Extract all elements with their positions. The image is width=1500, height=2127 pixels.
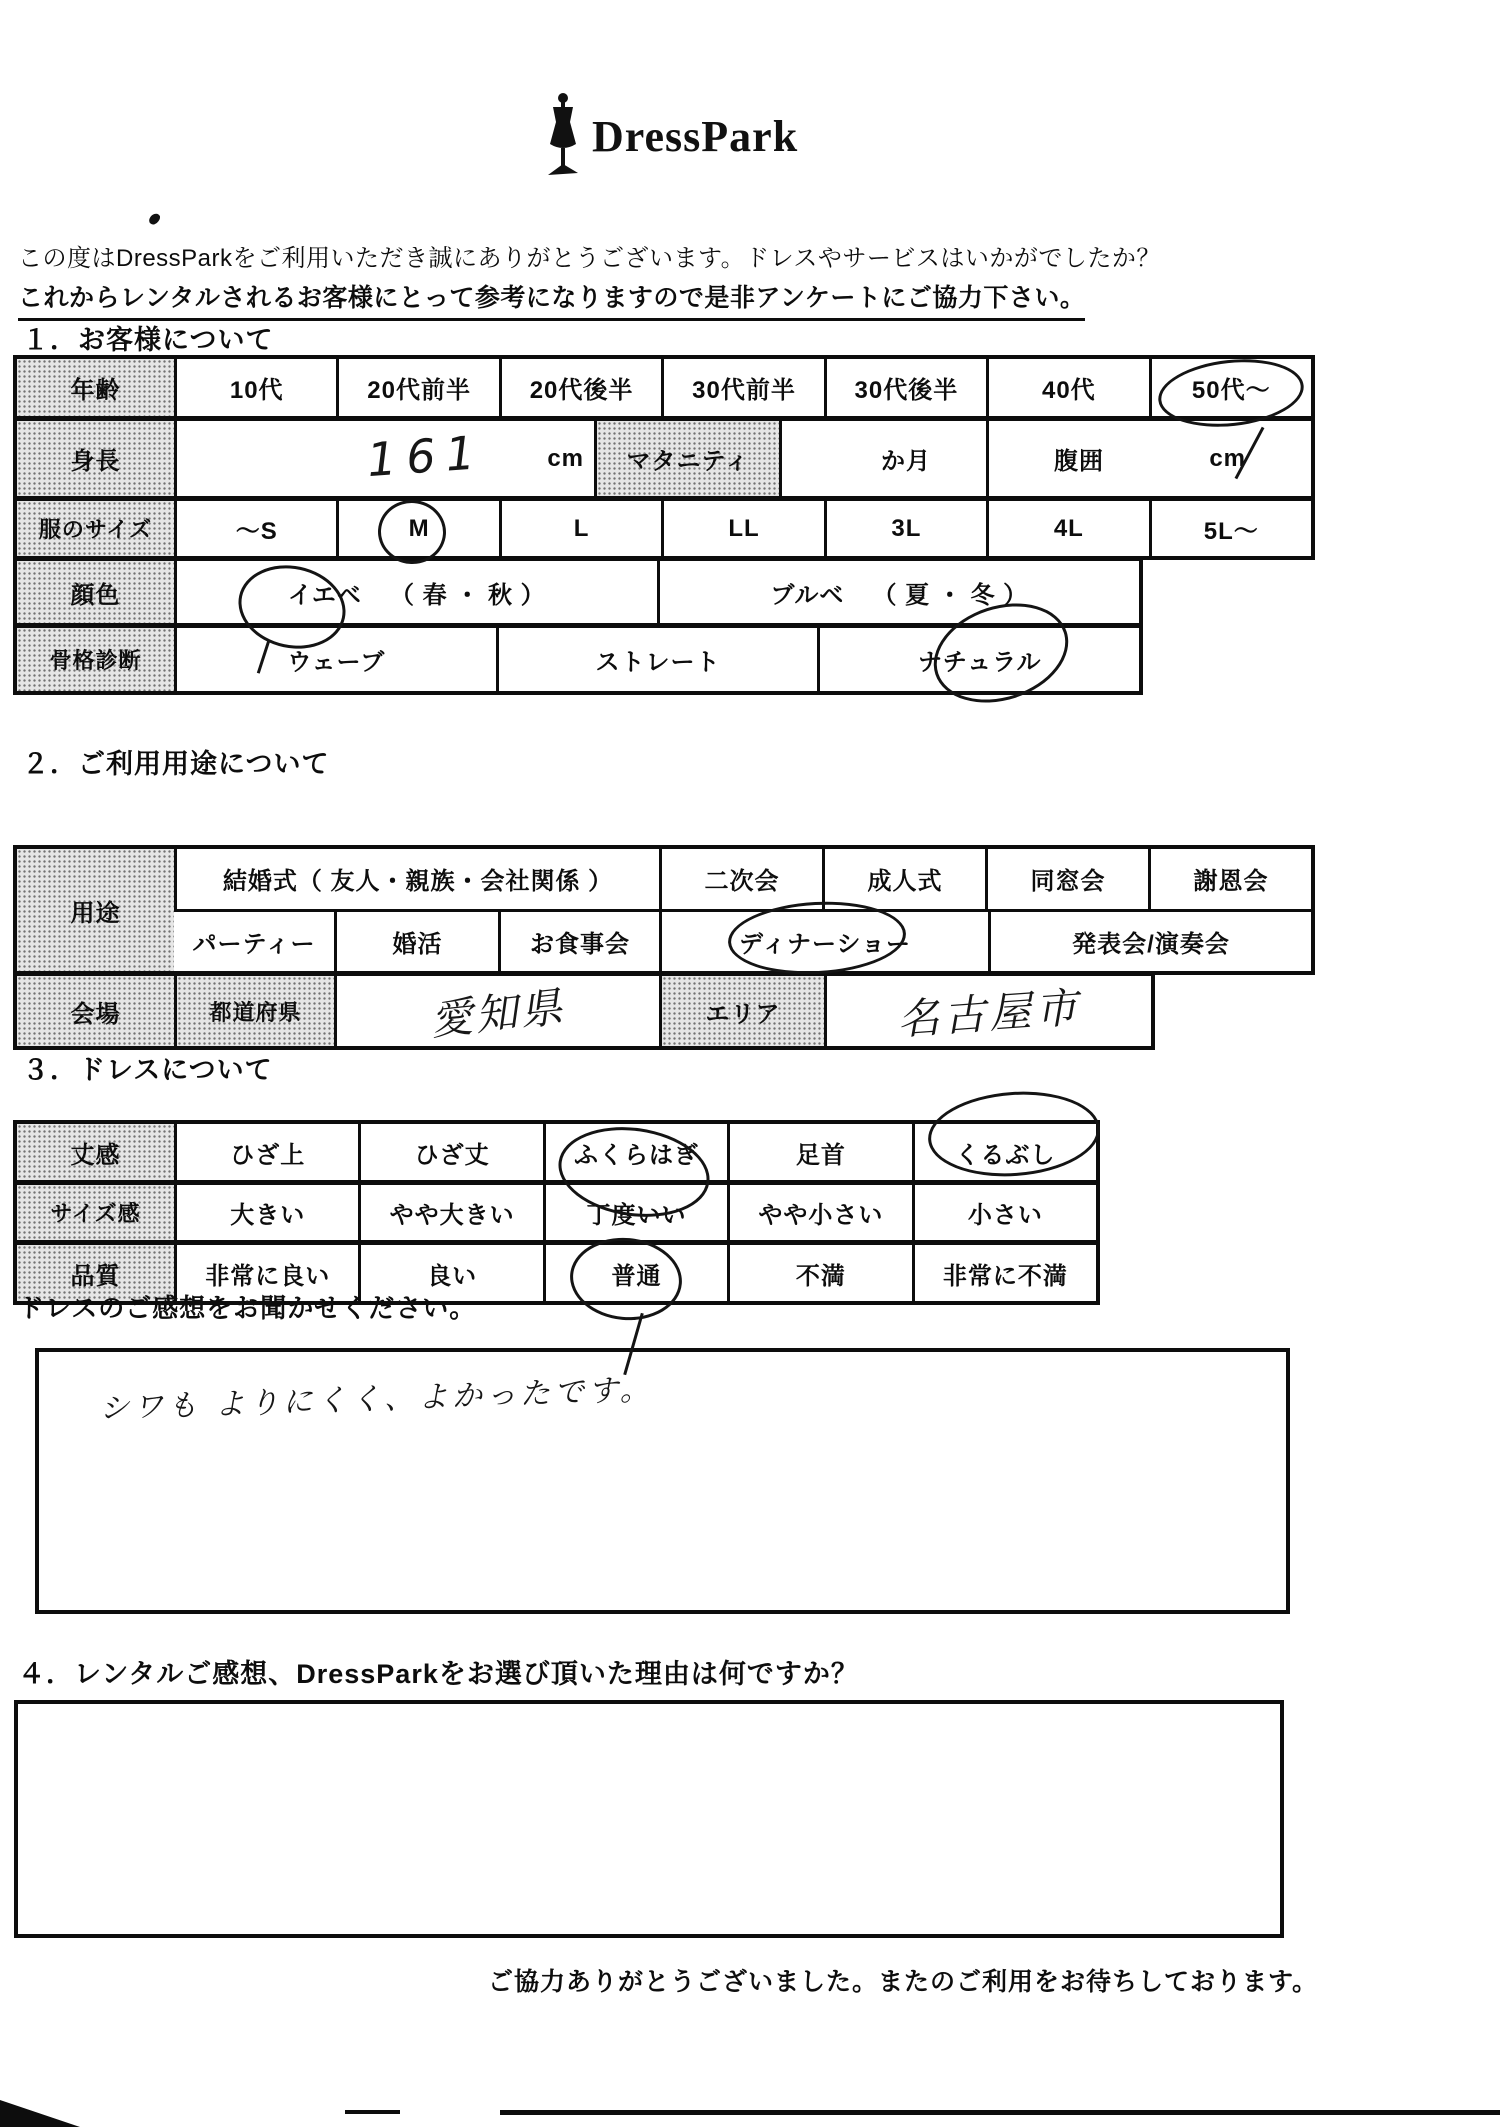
purpose-reunion: 同窓会 [985, 849, 1148, 909]
intro-line1: この度はDressParkをご利用いただき誠にありがとうございます。ドレスやサー… [18, 238, 1161, 273]
height-label: 身長 [17, 421, 174, 496]
age-option-30-late: 30代後半 [824, 359, 986, 416]
fit-row: サイズ感 大きい やや大きい 丁度いい やや小さい 小さい [13, 1181, 1100, 1244]
purpose-konkatsu: 婚活 [334, 912, 498, 972]
dress-comment-prompt: ドレスのご感想をお聞かせください。 [18, 1288, 476, 1325]
fit-label: サイズ感 [17, 1185, 174, 1240]
quality-very-unsatisfied: 非常に不満 [912, 1245, 1096, 1301]
frame-label: 骨格診断 [17, 628, 174, 691]
age-option-20-late: 20代後半 [499, 359, 661, 416]
purpose-thanks-party: 謝恩会 [1148, 849, 1311, 909]
height-value-cell: 161 cm [174, 421, 594, 496]
venue-pref-value-cell: 愛知県 [334, 976, 659, 1046]
purpose-label: 用途 [17, 849, 174, 971]
purpose-dinner-show: ディナーショー [659, 912, 988, 972]
tone-option-yellow: イエベ [288, 575, 362, 610]
length-calf: ふくらはぎ [543, 1124, 727, 1180]
length-ankle: くるぶし [912, 1124, 1096, 1180]
fit-slightly-small: やや小さい [727, 1185, 911, 1240]
age-option-30-early: 30代前半 [661, 359, 823, 416]
tone-option-yellow-cell: イエベ （ 春 ・ 秋 ） [174, 561, 657, 623]
survey-scan-page: DressPark この度はDressParkをご利用いただき誠にありがとうござ… [0, 0, 1500, 2127]
scan-artifact-line [500, 2110, 1500, 2115]
age-label: 年齢 [17, 359, 174, 416]
waist-cell: 腹囲 cm [986, 421, 1311, 496]
fit-large: 大きい [174, 1185, 358, 1240]
purpose-party: パーティー [174, 912, 334, 972]
length-label: 丈感 [17, 1124, 174, 1180]
age-option-40s: 40代 [986, 359, 1148, 416]
size-option-s: ～S [174, 501, 336, 556]
venue-row: 会場 都道府県 愛知県 エリア 名古屋市 [13, 972, 1155, 1050]
size-option-ll: LL [661, 501, 823, 556]
brand-logo: DressPark [540, 92, 798, 176]
fit-small: 小さい [912, 1185, 1096, 1240]
frame-option-straight: ストレート [496, 628, 818, 691]
purpose-options: 結婚式（ 友人・親族・会社関係 ） 二次会 成人式 同窓会 謝恩会 パーティー … [174, 849, 1311, 971]
venue-area-handwritten: 名古屋市 [895, 975, 1083, 1048]
frame-row: 骨格診断 ウェーブ ストレート ナチュラル [13, 624, 1143, 695]
tone-option-blue: ブルベ [770, 575, 844, 610]
length-knee: ひざ丈 [358, 1124, 542, 1180]
venue-pref-label: 都道府県 [174, 976, 334, 1046]
length-ankle-joint: 足首 [727, 1124, 911, 1180]
size-option-3l: 3L [824, 501, 986, 556]
purpose-wedding: 結婚式（ 友人・親族・会社関係 ） [174, 849, 659, 909]
purpose-recital: 発表会/演奏会 [988, 912, 1311, 972]
purpose-table: 用途 結婚式（ 友人・親族・会社関係 ） 二次会 成人式 同窓会 謝恩会 パーテ… [13, 845, 1315, 975]
venue-area-value-cell: 名古屋市 [824, 976, 1151, 1046]
tone-option-blue-note: （ 夏 ・ 冬 ） [872, 575, 1028, 610]
scan-artifact-dash [345, 2110, 400, 2114]
section4-heading: ４．レンタルご感想、DressParkをお選び頂いた理由は何ですか？ [18, 1652, 859, 1691]
section2-heading: ２．ご利用用途について [22, 742, 329, 781]
purpose-afterparty: 二次会 [659, 849, 822, 909]
height-unit: cm [547, 445, 584, 473]
size-option-l: L [499, 501, 661, 556]
reason-comment-box [14, 1700, 1284, 1938]
dress-form-icon [540, 92, 586, 176]
height-handwritten-value: 161 [365, 425, 486, 487]
quality-normal: 普通 [543, 1245, 727, 1301]
footer-thanks: ご協力ありがとうございました。またのご利用をお待ちしております。 [488, 1962, 1318, 1998]
purpose-coming-of-age: 成人式 [822, 849, 985, 909]
age-option-10s: 10代 [174, 359, 336, 416]
waist-label: 腹囲 [1054, 441, 1104, 476]
length-above-knee: ひざ上 [174, 1124, 358, 1180]
brand-name: DressPark [592, 111, 798, 162]
fit-slightly-large: やや大きい [358, 1185, 542, 1240]
tone-row: 顔色 イエベ （ 春 ・ 秋 ） ブルベ （ 夏 ・ 冬 ） [13, 557, 1143, 627]
section3-heading: ３．ドレスについて [22, 1048, 273, 1087]
scan-artifact-corner [0, 2100, 80, 2127]
tone-option-yellow-note: （ 春 ・ 秋 ） [390, 575, 546, 610]
length-row: 丈感 ひざ上 ひざ丈 ふくらはぎ 足首 くるぶし [13, 1120, 1100, 1184]
fit-just-right: 丁度いい [543, 1185, 727, 1240]
age-option-20-early: 20代前半 [336, 359, 498, 416]
age-row: 年齢 10代 20代前半 20代後半 30代前半 30代後半 40代 50代～ [13, 355, 1315, 420]
intro-line2: これからレンタルされるお客様にとって参考になりますので是非アンケートにご協力下さ… [18, 278, 1085, 321]
tone-option-blue-cell: ブルベ （ 夏 ・ 冬 ） [657, 561, 1140, 623]
maternity-label: マタニティ [594, 421, 779, 496]
size-label: 服のサイズ [17, 501, 174, 556]
height-row: 身長 161 cm マタニティ か月 腹囲 cm [13, 417, 1315, 500]
ink-speck [147, 212, 161, 227]
venue-label: 会場 [17, 976, 174, 1046]
size-row: 服のサイズ ～S M L LL 3L 4L 5L～ [13, 497, 1315, 560]
venue-pref-handwritten: 愛知県 [428, 974, 569, 1048]
quality-unsatisfied: 不満 [727, 1245, 911, 1301]
purpose-row1: 結婚式（ 友人・親族・会社関係 ） 二次会 成人式 同窓会 謝恩会 [174, 849, 1311, 912]
purpose-row2: パーティー 婚活 お食事会 ディナーショー 発表会/演奏会 [174, 912, 1311, 972]
frame-option-wave: ウェーブ [174, 628, 496, 691]
frame-option-natural: ナチュラル [817, 628, 1139, 691]
size-option-m: M [336, 501, 498, 556]
tone-label: 顔色 [17, 561, 174, 623]
venue-area-label: エリア [659, 976, 824, 1046]
section1-heading: １．お客様について [22, 318, 273, 357]
age-option-50s: 50代～ [1149, 359, 1311, 416]
size-option-5l: 5L～ [1149, 501, 1311, 556]
size-option-4l: 4L [986, 501, 1148, 556]
dress-comment-handwritten: シワも よりにくく、よかったです。 [98, 1364, 654, 1427]
maternity-months-label: か月 [779, 421, 986, 496]
dress-comment-box: シワも よりにくく、よかったです。 [35, 1348, 1290, 1614]
purpose-dinner-meal: お食事会 [498, 912, 659, 972]
